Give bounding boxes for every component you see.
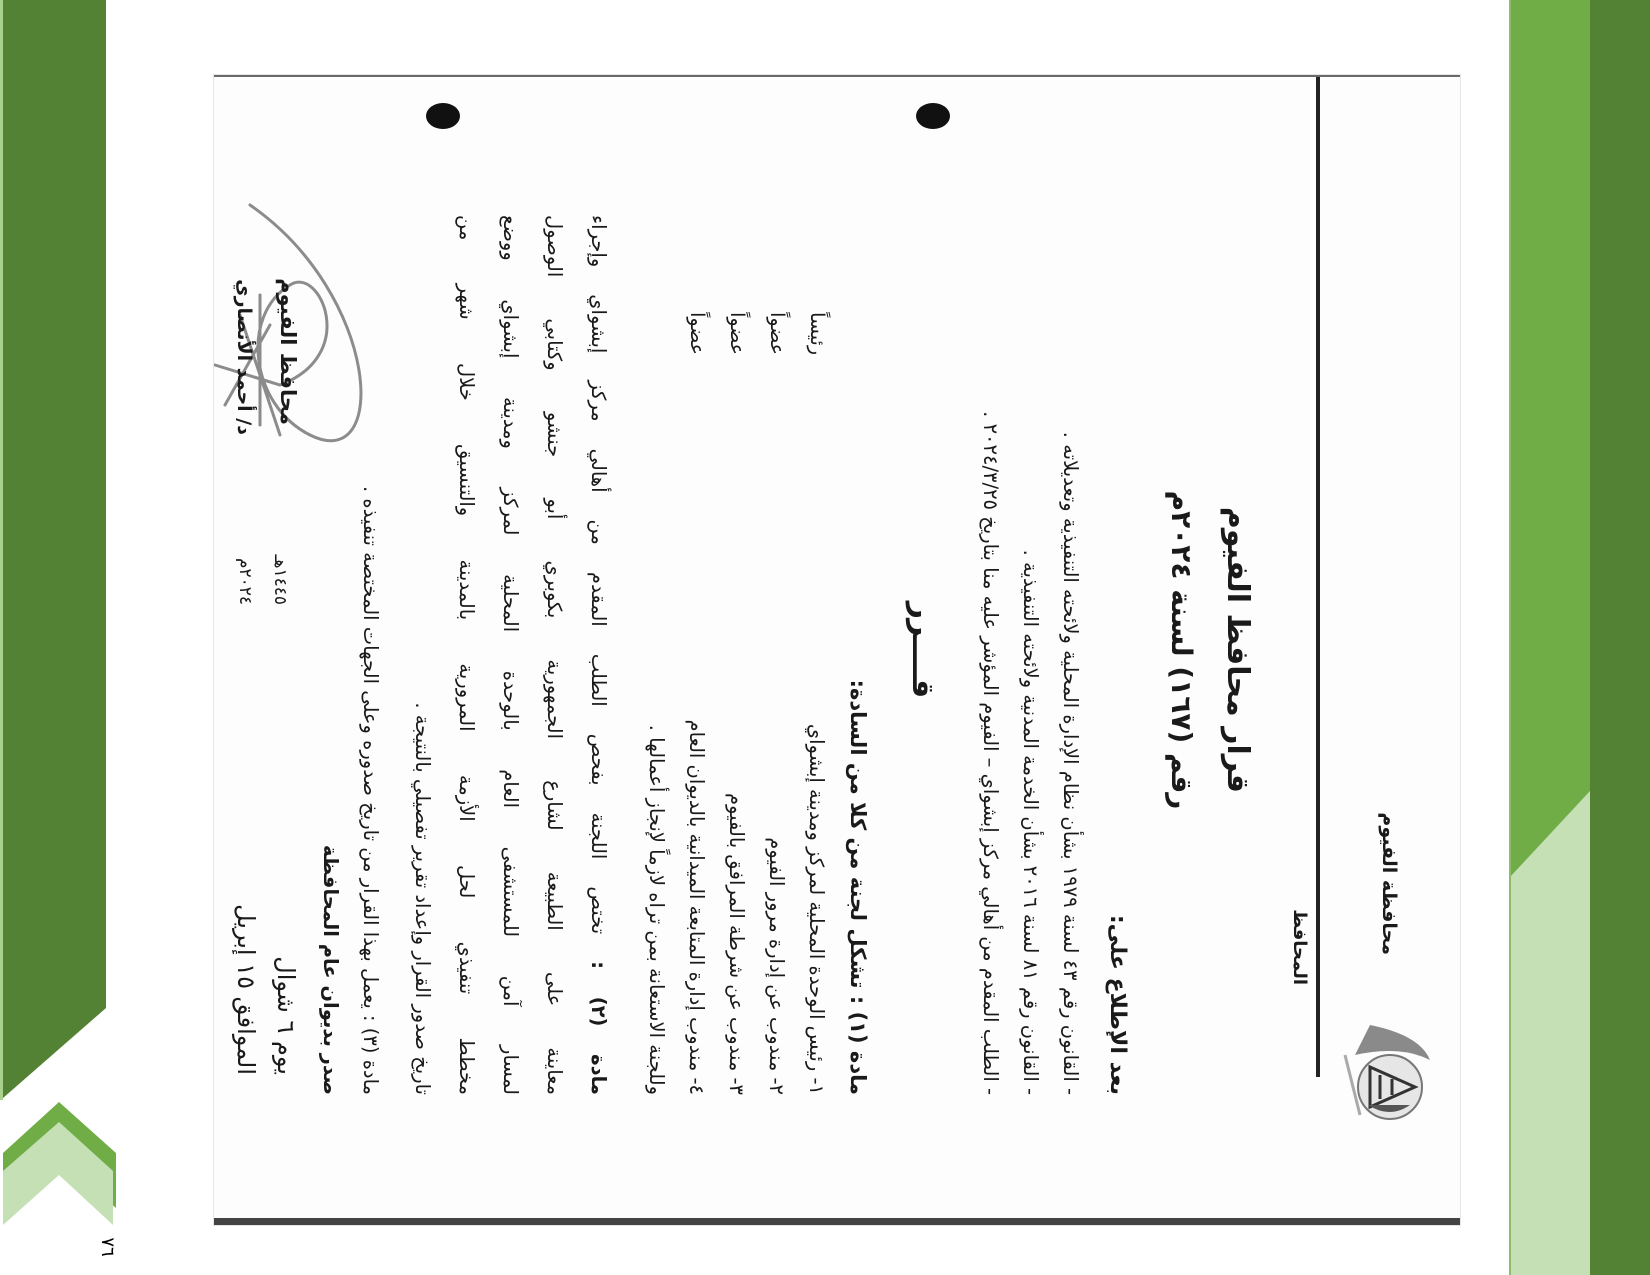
right-dark-strip	[1590, 0, 1650, 1275]
hijri-date: يوم ٦ شوال	[272, 956, 300, 1075]
scanned-document: محافظة الفيوم المحافظ قرار محافظ الفيوم …	[214, 75, 1460, 1225]
committee-member: ٢- مندوب عن إدارة مرور الفيوم	[765, 837, 788, 1095]
article-2-text: تختص اللجنة بفحص الطلب المقدم من أهالي م…	[587, 215, 610, 934]
member-role: رئيساً	[806, 312, 828, 355]
committee-member: ١- رئيس الوحدة المحلية لمركز ومدينة إبشو…	[805, 724, 828, 1095]
decree-title: قرار محافظ الفيوم	[1220, 75, 1255, 1225]
decided-heading: قــــرر	[905, 75, 940, 1225]
decree-page: محافظة الفيوم المحافظ قرار محافظ الفيوم …	[214, 75, 1460, 1225]
article-2-line: مخطط تنفيذي لحل الأزمة المرورية بالمدينة…	[455, 215, 478, 1095]
governorate-emblem-icon	[1340, 1015, 1440, 1135]
signatory-name: د/ أحمد الأنصاري	[233, 279, 255, 435]
decree-number: رقم (١٦٧) لسنة ٢٠٢٤م	[1165, 75, 1198, 1225]
committee-member: ٤- مندوب إدارة المتابعة الميدانية بالديو…	[685, 720, 708, 1095]
article-2-line: مادة (٢) : تختص اللجنة بفحص الطلب المقدم…	[587, 215, 610, 1095]
hijri-year: ١٤٤٥هـ	[270, 555, 290, 605]
member-role: عضواً	[726, 312, 748, 355]
member-role: عضواً	[686, 312, 708, 355]
left-accent-edge	[0, 0, 3, 1100]
left-green-banner	[3, 0, 106, 1100]
article-1-note: وللجنة الاستعانة بمن تراه لازماً لإنجاز …	[645, 725, 668, 1095]
article-2-line: معاينة على الطبيعة لشارع الجمهورية بكوبر…	[543, 215, 566, 1095]
scan-edge	[214, 75, 1460, 77]
scan-edge	[214, 1218, 1460, 1225]
issued-at: صدر بديوان عام المحافظة	[319, 845, 342, 1095]
gregorian-year: ٢٠٢٤م	[235, 558, 255, 605]
article-2-label: مادة (٢) :	[587, 961, 610, 1095]
header-divider	[1316, 75, 1320, 1077]
gregorian-date: الموافق ١٥ إبريل	[232, 904, 260, 1075]
preamble-item: - القانون رقم ٤٣ لسنة ١٩٧٩ بشأن نظام الإ…	[1059, 432, 1082, 1095]
office-label: المحافظ	[1289, 909, 1310, 985]
preamble-item: - القانون رقم ٨١ لسنة ٢٠١٦ بشأن الخدمة ا…	[1019, 550, 1042, 1095]
member-role: عضواً	[766, 312, 788, 355]
punch-hole	[426, 103, 460, 129]
right-green-banner	[1510, 0, 1590, 880]
committee-member: ٣- مندوب عن شرطة المرافق بالفيوم	[725, 793, 748, 1095]
signatory-title: محافظ الفيوم	[276, 278, 300, 425]
article-1-heading: مادة (١) : تشكل لجنة من كلا من السادة:	[846, 680, 870, 1095]
preamble-item: - الطلب المقدم من أهالي مركز إبشواي – ال…	[979, 411, 1002, 1095]
preamble-heading: بعد الإطلاع على:	[1105, 915, 1130, 1095]
governorate-name: محافظة الفيوم	[1378, 812, 1400, 955]
right-accent-edge	[1509, 0, 1511, 1275]
article-2-line: تاريخ صدور القرار وإعداد تقرير تفصيلي با…	[411, 215, 434, 1095]
article-3: مادة (٣) : يعمل بهذا القرار من تاريخ صدو…	[359, 486, 382, 1095]
article-2-line: لمسار آمن للمستشفى العام بالوحدة المحلية…	[499, 215, 522, 1095]
page-number: ٧٦	[92, 1232, 122, 1262]
